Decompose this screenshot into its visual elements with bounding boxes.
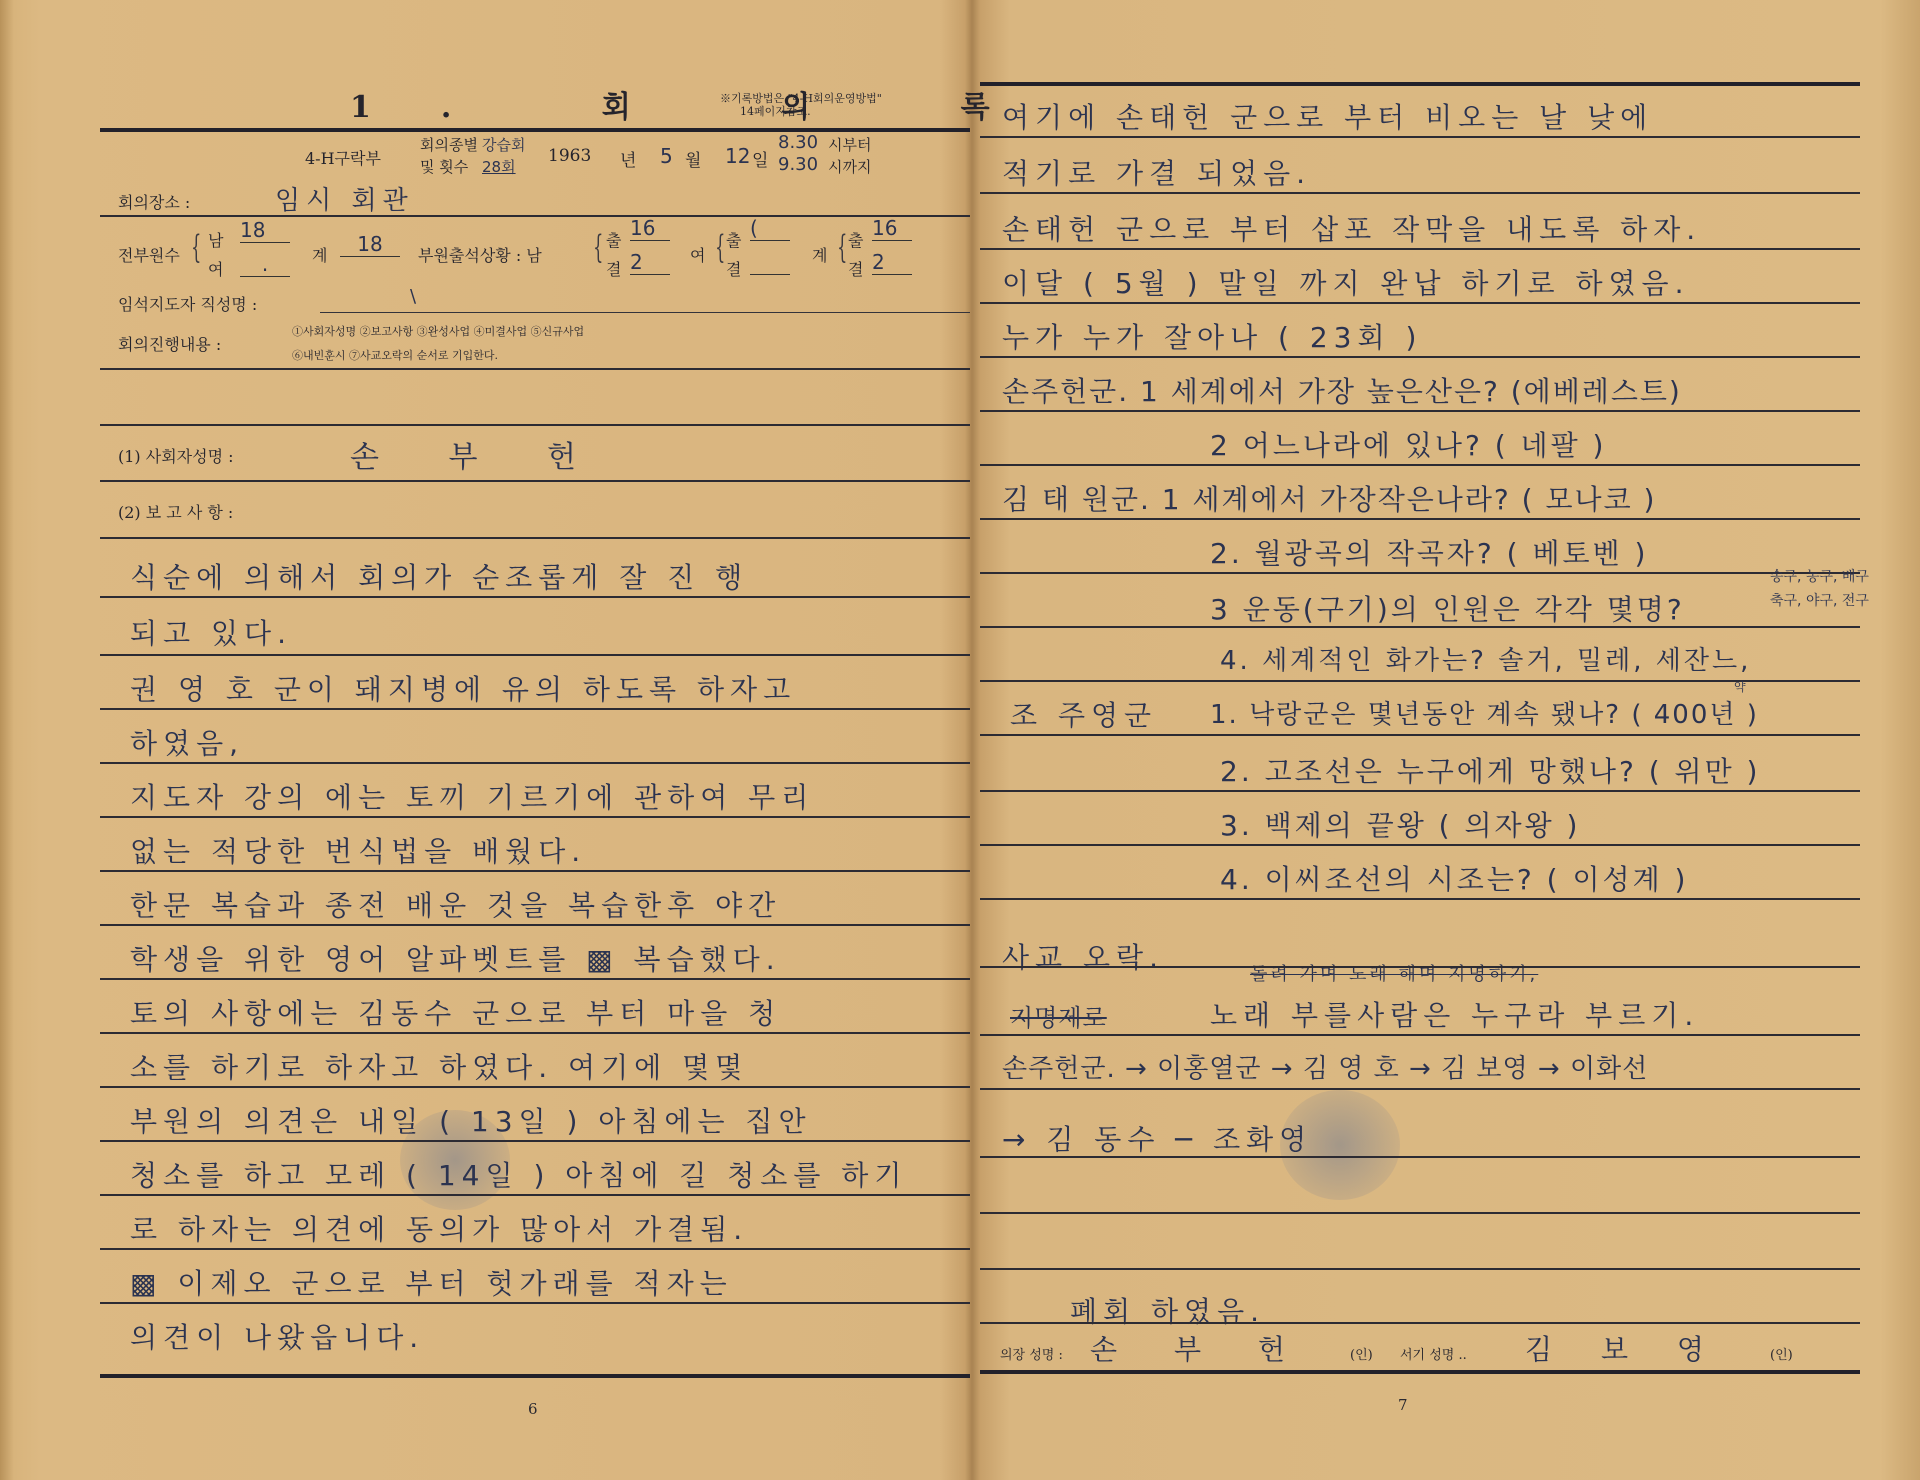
agenda-line-1: ①사회자성명 ②보고사항 ③완성사업 ④미결사업 ⑤신규사업 xyxy=(292,323,584,339)
report-line: 소를 하기로 하자고 하였다. 여기에 몇몇 xyxy=(130,1046,748,1086)
rule xyxy=(100,816,970,818)
att-female-absent-label: 결 xyxy=(726,257,741,280)
report-line: 부원의 의견은 내일 ( 13일 ) 아침에는 집안 xyxy=(130,1100,812,1140)
report-line: 한문 복습과 종전 배운 것을 복습한후 야간 xyxy=(130,884,781,924)
agenda-label: 회의진행내용 : xyxy=(118,332,221,355)
rule xyxy=(980,572,1860,574)
brace: { xyxy=(593,228,603,266)
recording-note: ※기록방법은 "4-H회의운영방법" 14페이지참조. xyxy=(720,92,882,118)
recreation-heading: 사교 오락. xyxy=(1002,936,1164,976)
att-female-label: 여 xyxy=(690,243,705,266)
rule xyxy=(100,654,970,656)
left-page: 1. 회 의 록 ※기록방법은 "4-H회의운영방법" 14페이지참조. 4-H… xyxy=(100,0,970,1480)
quiz-line: 손주헌군. 1 세계에서 가장 높은산은? (에베레스트) xyxy=(1002,370,1682,410)
day-label: 일 xyxy=(752,146,768,171)
rule xyxy=(980,1088,1860,1090)
rule xyxy=(980,734,1860,736)
members-male-value: 18 xyxy=(240,218,290,243)
report-line: ▩ 이제오 군으로 부터 헛가래를 적자는 xyxy=(130,1262,733,1302)
report-label: (2) 보 고 사 항 : xyxy=(118,500,233,523)
att-male-present: 16 xyxy=(630,216,670,241)
rule xyxy=(100,1140,970,1142)
day-value: 12 xyxy=(725,144,750,168)
month-value: 5 xyxy=(660,144,673,168)
speaker-name: 조 주영군 xyxy=(1010,694,1157,734)
rule xyxy=(100,978,970,980)
chair-value: 손 부 헌 xyxy=(350,432,606,476)
rule xyxy=(100,1194,970,1196)
report-line: 지도자 강의 에는 토끼 기르기에 관하여 무리 xyxy=(130,776,814,816)
singer-chain: 손주헌군. → 이홍열군 → 김 영 호 → 김 보영 → 이화선 xyxy=(1002,1048,1648,1085)
venue-rule xyxy=(100,215,970,217)
sports-annotation-1: 송구, 농구, 배구 xyxy=(1770,566,1869,586)
closing-text: 폐회 하였음. xyxy=(1070,1290,1265,1330)
members-female-value: . xyxy=(240,252,290,277)
quiz-line: 2. 월광곡의 작곡자? ( 베토벤 ) xyxy=(1210,532,1648,572)
minutes-line: 적기로 가결 되었음. xyxy=(1002,152,1311,192)
note-line-1: ※기록방법은 "4-H회의운영방법" xyxy=(720,92,882,105)
rule xyxy=(100,1302,970,1304)
quiz-line: 1. 낙랑군은 몇년동안 계속 됐나? ( 400년 ) xyxy=(1210,694,1759,731)
rule xyxy=(980,464,1860,466)
notebook-spread: 1. 회 의 록 ※기록방법은 "4-H회의운영방법" 14페이지참조. 4-H… xyxy=(0,0,1920,1480)
minutes-line: 이달 ( 5월 ) 말일 까지 완납 하기로 하였음. xyxy=(1002,262,1690,302)
rule xyxy=(980,1156,1860,1158)
report-line: 토의 사항에는 김동수 군으로 부터 마을 청 xyxy=(130,992,781,1032)
rule xyxy=(980,356,1860,358)
members-label: 전부원수 xyxy=(118,243,180,266)
quiz-heading: 누가 누가 잘아나 ( 23회 ) xyxy=(1002,316,1422,356)
report-line: 권 영 호 군이 돼지병에 유의 하도록 하자고 xyxy=(130,668,796,708)
guest-label: 임석지도자 직성명 : xyxy=(118,292,257,315)
time-start: 8.30 xyxy=(778,132,818,153)
quiz-line: 2. 고조선은 누구에게 망했나? ( 위만 ) xyxy=(1220,750,1760,790)
seal-1: (인) xyxy=(1350,1344,1373,1363)
header-rule xyxy=(100,128,970,132)
att-female-present-label: 출 xyxy=(726,228,741,251)
report-line: 식순에 의해서 회의가 순조롭게 잘 진 행 xyxy=(130,556,748,596)
rule xyxy=(980,1322,1860,1324)
rule xyxy=(980,518,1860,520)
year-value: 1963 xyxy=(548,146,591,166)
rule xyxy=(980,410,1860,412)
rule xyxy=(980,1212,1860,1214)
month-label: 월 xyxy=(685,146,701,171)
rule xyxy=(980,1034,1860,1036)
report-line: 청소를 하고 모레 ( 14일 ) 아침에 길 청소를 하기 xyxy=(130,1154,907,1194)
rule xyxy=(100,537,970,539)
rule xyxy=(100,870,970,872)
rule xyxy=(980,966,1860,968)
minutes-line: 손태헌 군으로 부터 삽포 작막을 내도록 하자. xyxy=(1002,208,1701,248)
guest-rule xyxy=(320,312,970,313)
members-total-label: 계 xyxy=(312,243,327,266)
rule xyxy=(100,480,970,482)
report-line: 로 하자는 의견에 동의가 많아서 가결됨. xyxy=(130,1208,748,1248)
rule xyxy=(100,1032,970,1034)
report-line: 의견이 나왔읍니다. xyxy=(130,1316,424,1356)
attendance-label: 부원출석상황 : 남 xyxy=(418,243,542,266)
rule xyxy=(100,596,970,598)
meeting-type-label: 회의종별 xyxy=(420,134,478,155)
recreation-line: 노래 부를사람은 누구라 부르기. xyxy=(1210,994,1699,1034)
att-female-present: ( xyxy=(750,216,790,241)
brace: { xyxy=(715,228,725,266)
agenda-line-2: ⑥내빈훈시 ⑦사교오락의 순서로 기입한다. xyxy=(292,347,498,363)
report-line: 하였음, xyxy=(130,722,244,762)
singer-chain: → 김 동수 ─ 조화영 xyxy=(1002,1118,1312,1158)
rule xyxy=(980,844,1860,846)
struck-word: 지명제로 xyxy=(1010,998,1107,1033)
quiz-line: 4. 이씨조선의 시조는? ( 이성계 ) xyxy=(1220,858,1688,898)
att-total-absent-label: 결 xyxy=(848,257,863,280)
rule xyxy=(100,424,970,426)
quiz-line: 4. 세계적인 화가는? 솔거, 밀레, 세잔느, xyxy=(1220,640,1751,677)
page-title: 1. 회 의 록 xyxy=(350,82,1060,126)
guest-value: \ xyxy=(410,286,422,307)
att-male-absent-label: 결 xyxy=(606,257,621,280)
chairman-label: 의장 성명 : xyxy=(1000,1344,1063,1363)
rule xyxy=(100,368,970,370)
quiz-line: 2 어느나라에 있나? ( 네팔 ) xyxy=(1210,424,1606,464)
report-line: 없는 적당한 번식법을 배웠다. xyxy=(130,830,586,870)
meeting-type-value: 강습회 xyxy=(482,134,525,155)
year-label: 년 xyxy=(620,146,636,171)
header-rule xyxy=(980,82,1860,86)
att-male-absent: 2 xyxy=(630,250,670,275)
rule xyxy=(100,924,970,926)
members-female-label: 여 xyxy=(208,257,223,280)
rule xyxy=(980,248,1860,250)
chairman-name: 손 부 헌 xyxy=(1090,1328,1309,1368)
note-line-2: 14페이지참조. xyxy=(720,105,882,118)
secretary-name: 김 보 영 xyxy=(1525,1328,1724,1368)
count-value: 28회 xyxy=(482,156,516,177)
rule xyxy=(100,1086,970,1088)
page-number: 7 xyxy=(1398,1396,1408,1414)
approx-mark: 약 xyxy=(1734,678,1746,695)
venue-label: 회의장소 : xyxy=(118,190,190,213)
minutes-line: 여기에 손태헌 군으로 부터 비오는 날 낮에 xyxy=(1002,96,1653,136)
footer-rule xyxy=(980,1370,1860,1374)
sports-annotation-2: 축구, 야구, 전구 xyxy=(1770,590,1869,610)
rule xyxy=(980,302,1860,304)
footer-rule xyxy=(100,1374,970,1378)
page-number: 6 xyxy=(528,1400,538,1418)
att-total-absent: 2 xyxy=(872,250,912,275)
att-male-present-label: 출 xyxy=(606,228,621,251)
rule xyxy=(100,708,970,710)
count-label: 및 횟수 xyxy=(420,156,468,177)
rule xyxy=(980,790,1860,792)
quiz-line: 김 태 원군. 1 세계에서 가장작은나라? ( 모나코 ) xyxy=(1002,478,1656,518)
time-start-label: 시부터 xyxy=(828,134,871,155)
att-total-present-label: 출 xyxy=(848,228,863,251)
members-total-value: 18 xyxy=(340,232,400,257)
quiz-line: 3. 백제의 끝왕 ( 의자왕 ) xyxy=(1220,804,1580,844)
report-line: 되고 있다. xyxy=(130,612,292,652)
att-total-present: 16 xyxy=(872,216,912,241)
club-label: 4-H구락부 xyxy=(305,146,381,169)
rule xyxy=(980,680,1860,682)
att-female-absent xyxy=(750,250,790,275)
rule xyxy=(980,136,1860,138)
venue-value: 임시 회관 xyxy=(275,180,414,217)
rule xyxy=(100,1248,970,1250)
att-total-label: 계 xyxy=(812,243,827,266)
time-end: 9.30 xyxy=(778,154,818,175)
seal-2: (인) xyxy=(1770,1344,1793,1363)
brace: { xyxy=(837,228,847,266)
secretary-label: 서기 성명 .. xyxy=(1400,1344,1467,1363)
right-page: 여기에 손태헌 군으로 부터 비오는 날 낮에 적기로 가결 되었음. 손태헌 … xyxy=(980,0,1880,1480)
time-end-label: 시까지 xyxy=(828,156,871,177)
rule xyxy=(980,898,1860,900)
quiz-line: 3 운동(구기)의 인원은 각각 몇명? xyxy=(1210,588,1685,628)
brace: { xyxy=(191,228,201,266)
rule xyxy=(980,626,1860,628)
rule xyxy=(100,762,970,764)
recreation-note: 돌려 가며 노래 해며 지명하기, xyxy=(1250,960,1538,986)
chair-label: (1) 사회자성명 : xyxy=(118,444,234,467)
report-line: 학생을 위한 영어 알파벳트를 ▩ 복습했다. xyxy=(130,938,781,978)
rule xyxy=(980,192,1860,194)
members-male-label: 남 xyxy=(208,228,223,251)
rule xyxy=(980,1268,1860,1270)
